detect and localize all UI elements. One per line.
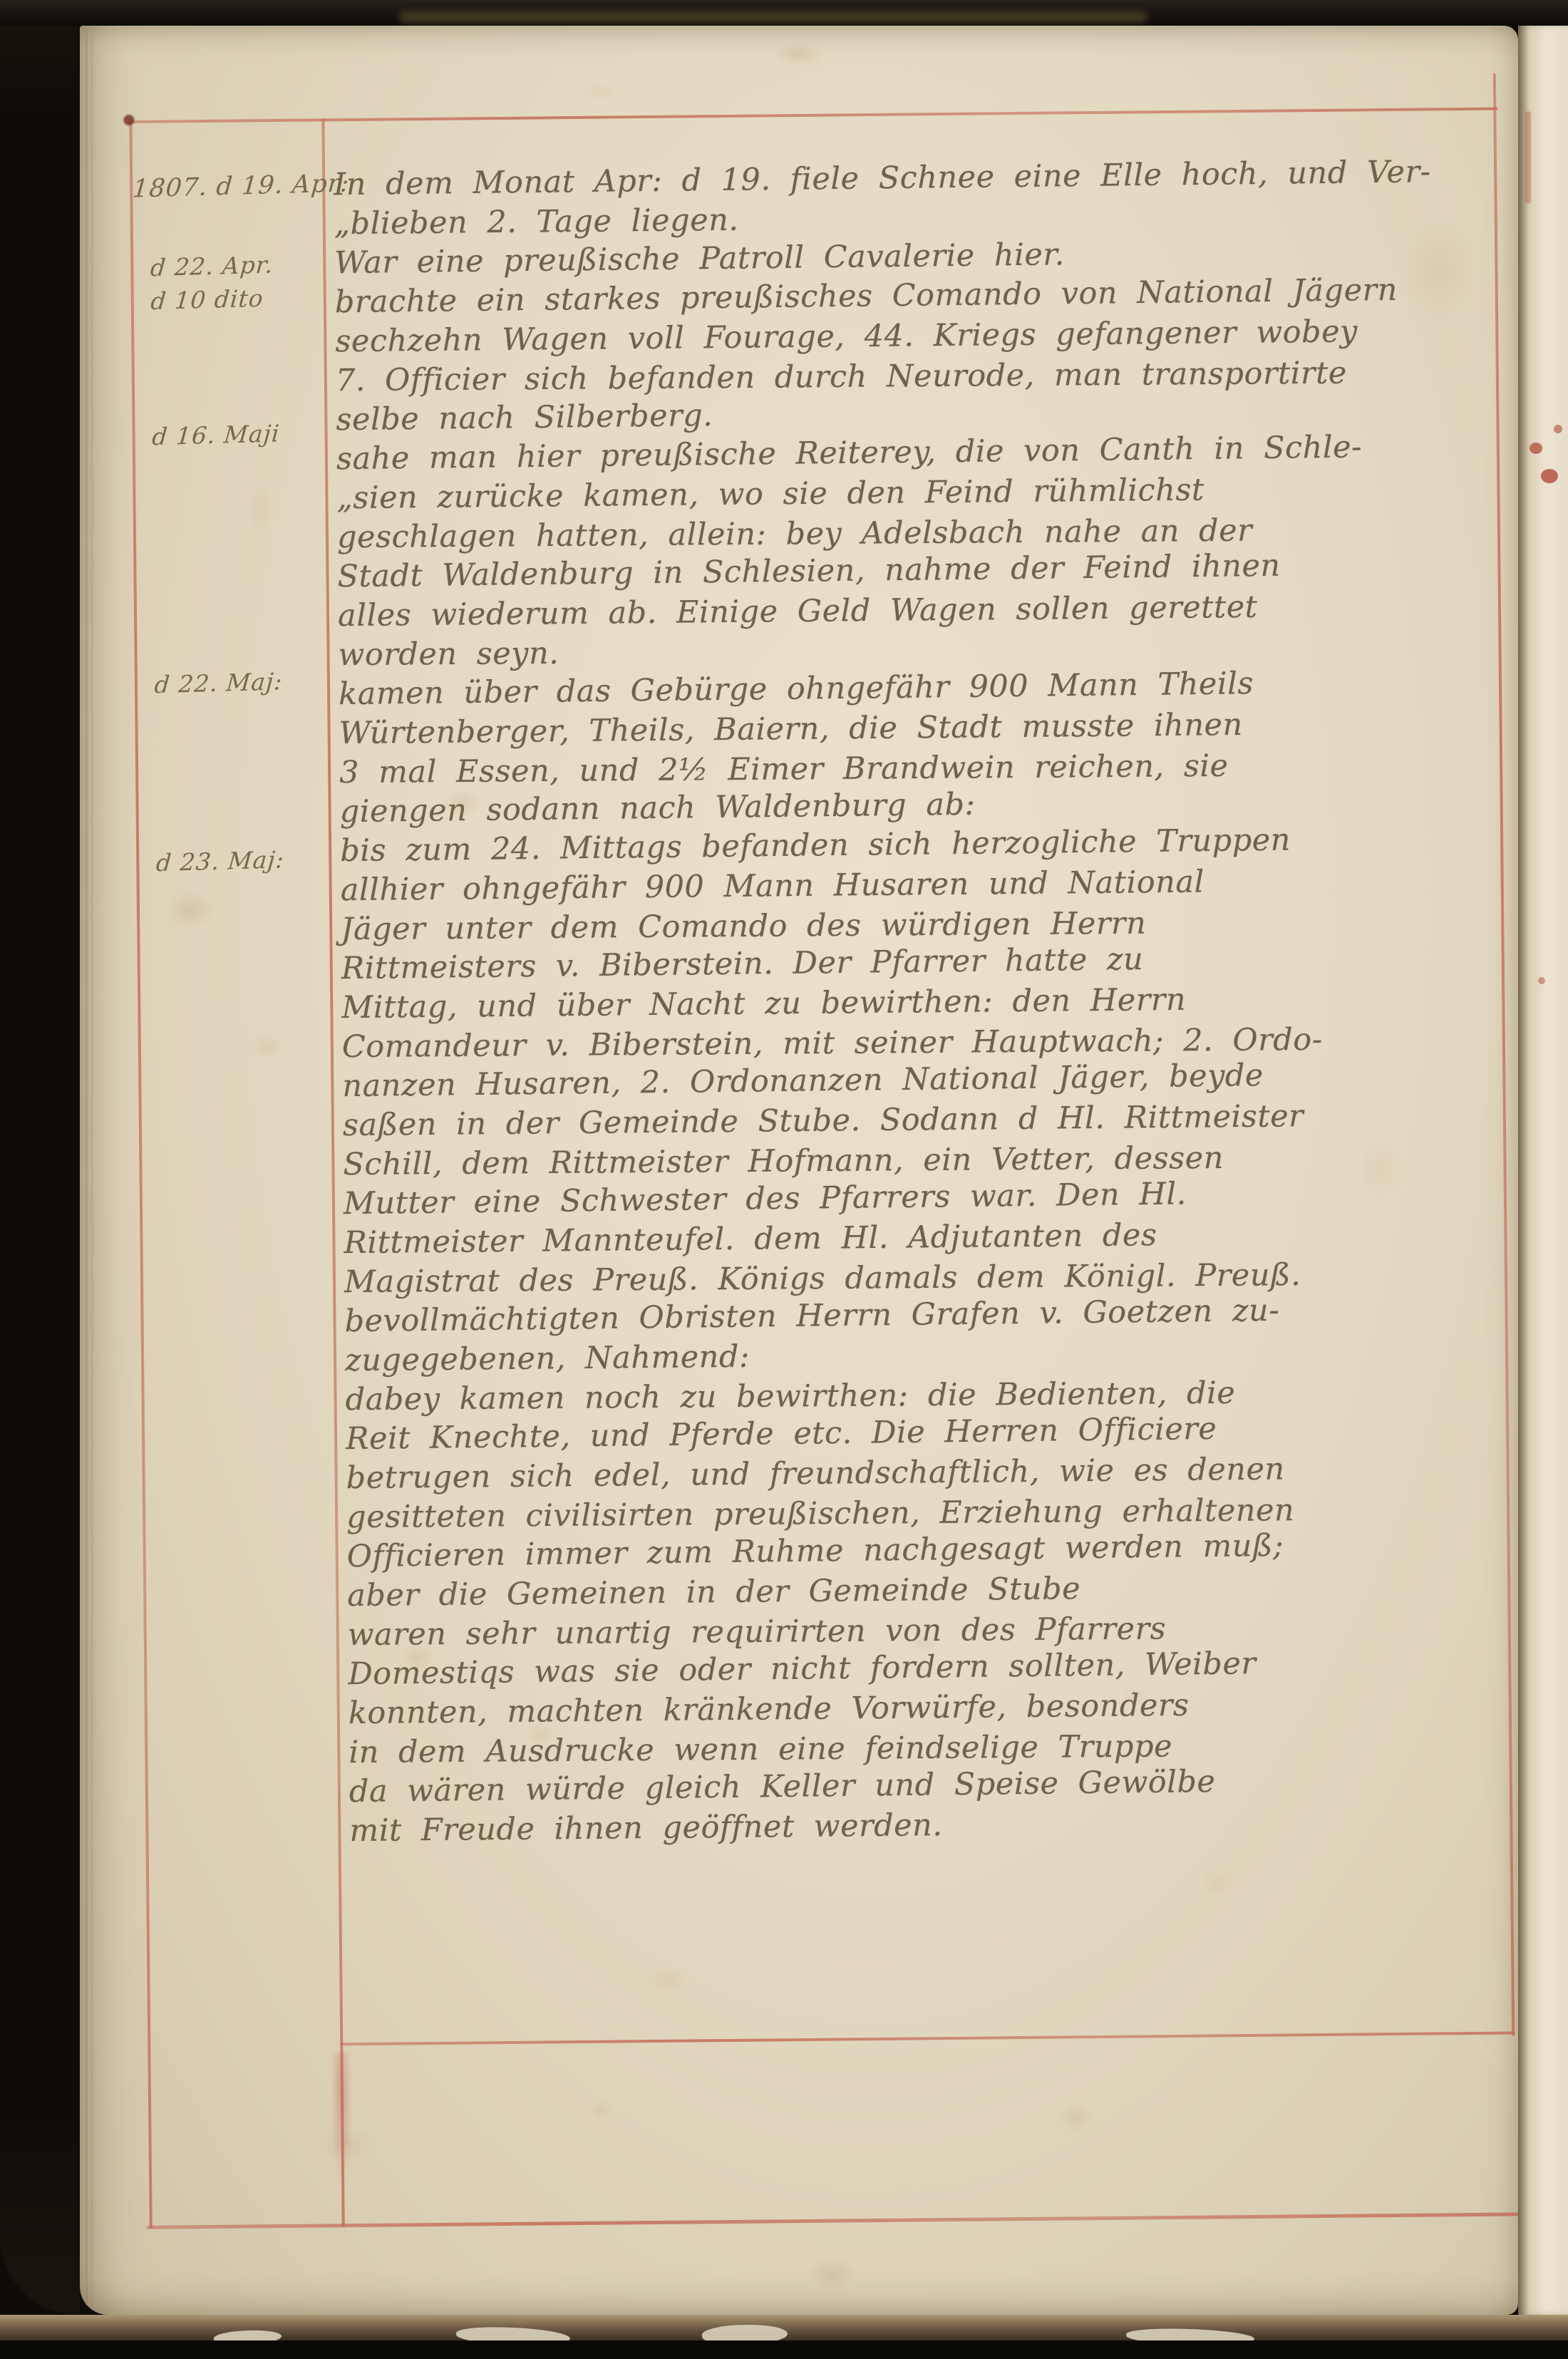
fox-stain [586,2100,614,2122]
fox-stain [773,41,823,67]
book-photo: 1807. d 19. Apr:d 22. Apr.d 10 ditod 16.… [0,0,1568,2359]
red-ink-blot [1538,977,1545,984]
fox-stain [807,2256,858,2292]
fox-stain [165,892,215,929]
left-gutter-shadow [0,26,80,2315]
ruling-outer-bottom-line [147,2212,1520,2229]
fox-stain [1060,2103,1093,2132]
margin-date: d 10 dito [150,284,264,315]
fox-stain [251,1034,284,1060]
manuscript-page: 1807. d 19. Apr:d 22. Apr.d 10 ditod 16.… [80,26,1518,2315]
fox-stain [525,1722,555,1748]
fox-stain [646,1964,689,1996]
red-ink-blot [1554,425,1562,433]
fox-stain [1398,218,1477,325]
margin-column: 1807. d 19. Apr:d 22. Apr.d 10 ditod 16.… [130,30,342,2241]
cover-leather-highlight [399,11,1147,23]
book-cover-bottom-edge [0,2340,1568,2359]
ruling-top-line [128,108,1497,123]
margin-date: d 16. Maji [151,419,281,450]
bottom-page-edge-stack [0,2315,1568,2343]
fox-stain [1120,1686,1149,1708]
margin-date: d 22. Maj: [153,667,284,698]
fox-stain [579,83,621,101]
fox-stain [910,1633,937,1654]
red-ink-blot [1541,469,1558,483]
text-column: In dem Monat Apr: d 19. fiele Schnee ein… [334,154,1519,1851]
margin-date: d 23. Maj: [155,845,286,877]
margin-date: d 22. Apr. [150,251,274,282]
fox-stain [1356,1137,1405,1202]
ruling-inner-bottom-line [340,2031,1515,2045]
fox-stain [401,1643,435,1672]
fox-stain [1199,1868,1236,1896]
red-ink-smear [1525,111,1531,204]
ruled-and-written-area: 1807. d 19. Apr:d 22. Apr.d 10 ditod 16.… [70,19,1530,2321]
fox-stain [315,2128,379,2161]
red-ink-blot [1530,443,1542,454]
next-page-edge [1518,26,1568,2315]
margin-date: 1807. d 19. Apr: [131,169,350,203]
fox-stain [442,788,481,818]
fox-stain [247,482,273,539]
